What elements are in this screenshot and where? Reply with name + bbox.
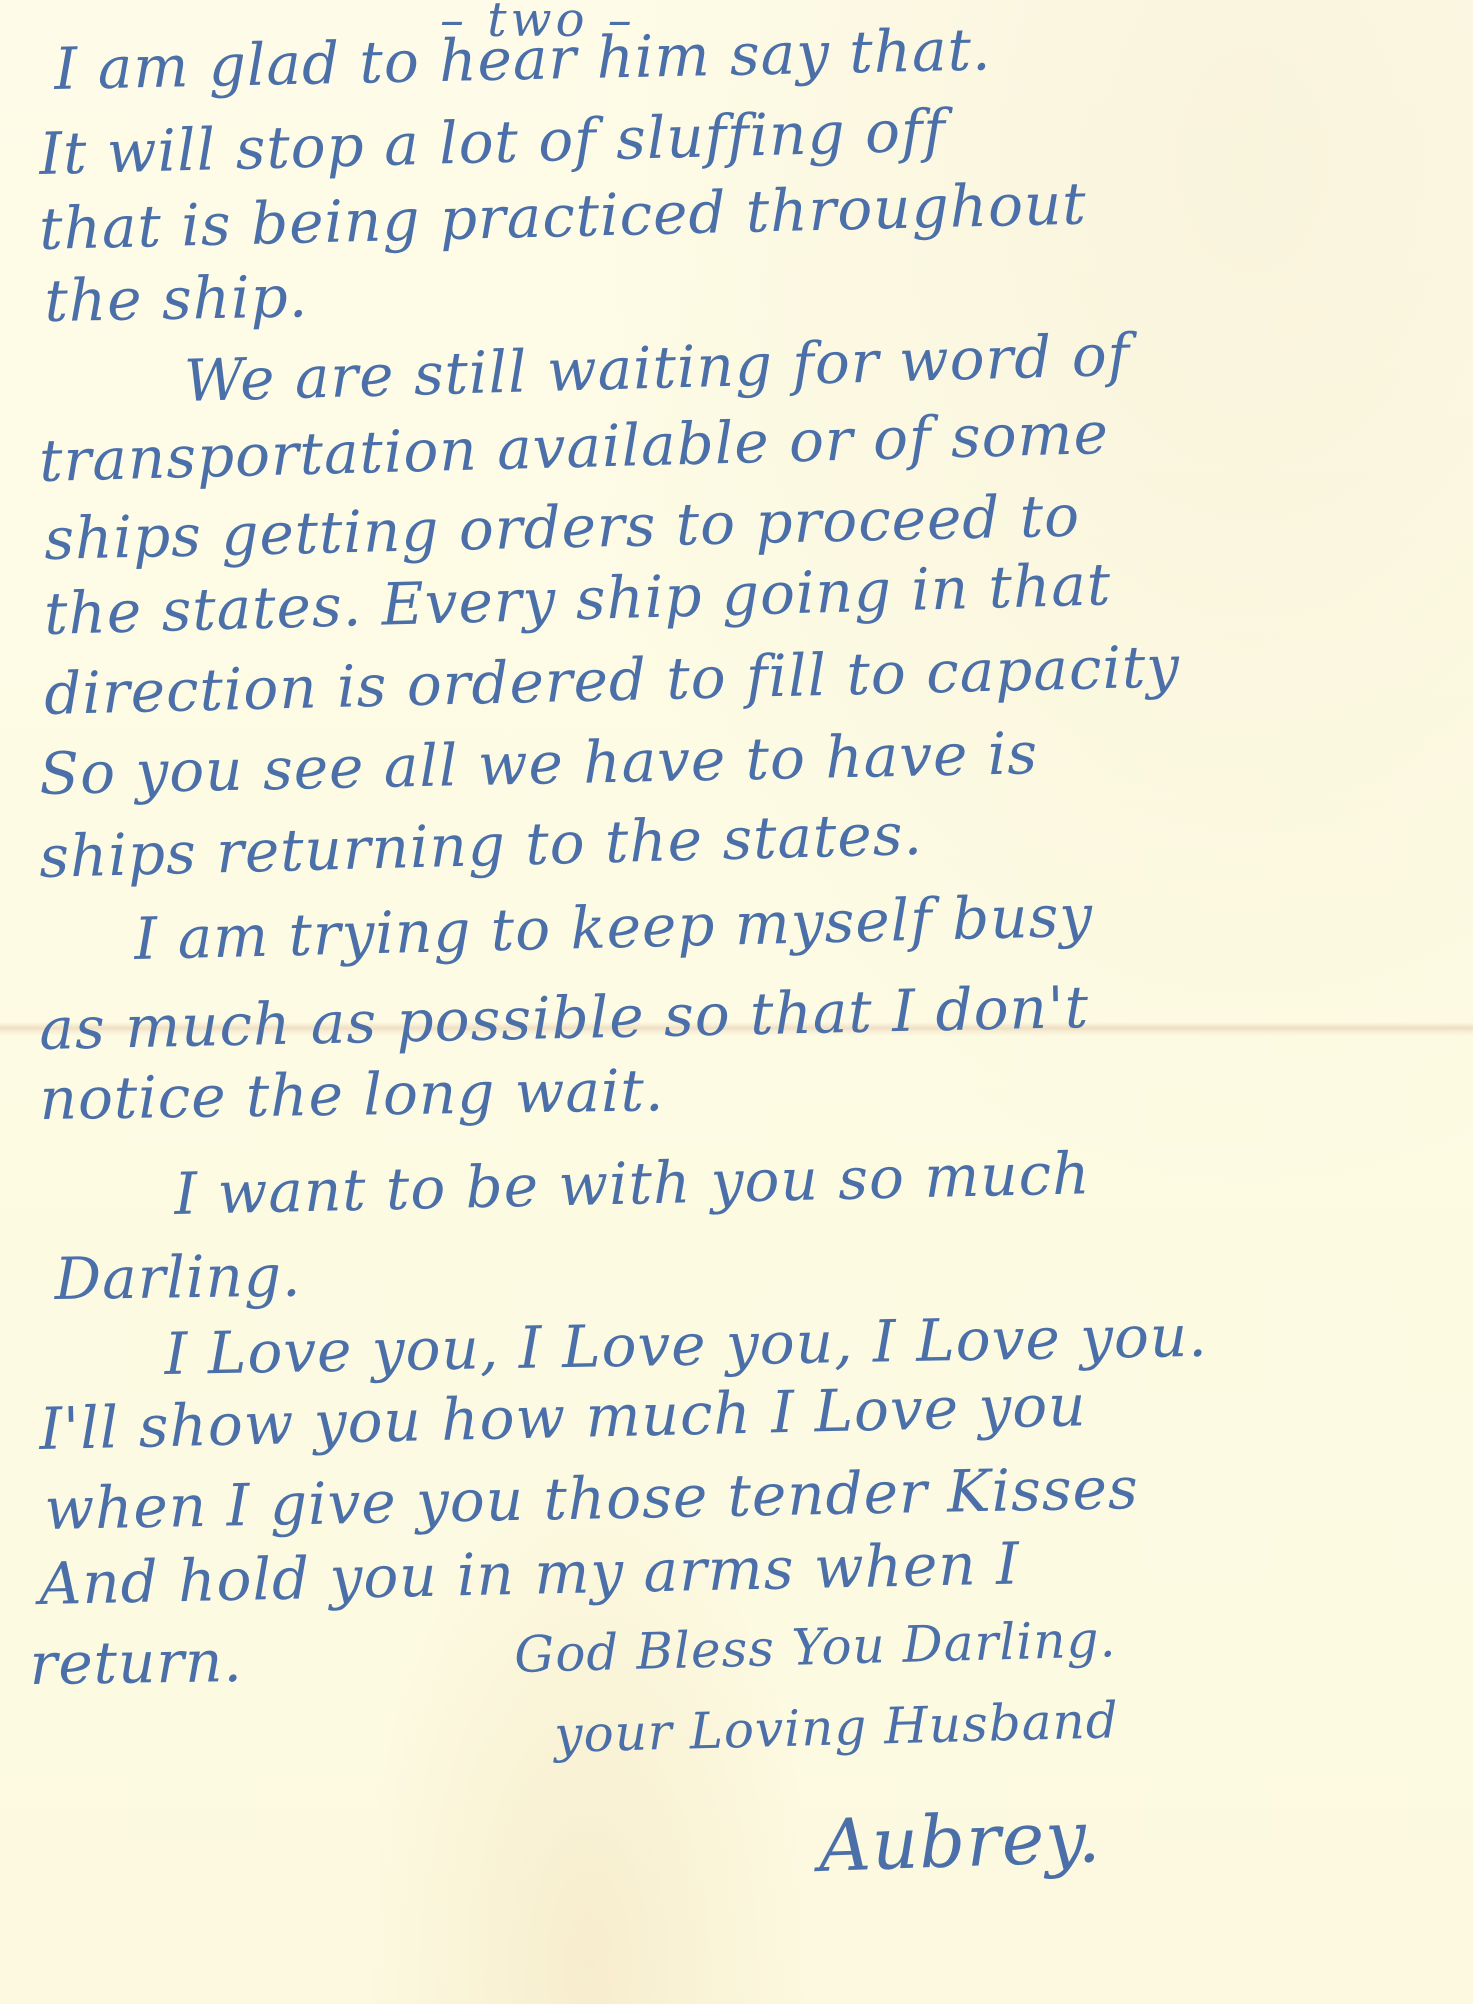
letter-line-4: the ship. (44, 267, 309, 330)
signature: Aubrey. (817, 1800, 1102, 1882)
letter-line-14: notice the long wait. (39, 1061, 664, 1128)
letter-line-21: return. (29, 1632, 243, 1693)
closing-valediction: your Loving Husband (554, 1695, 1120, 1760)
letter-line-16: Darling. (54, 1247, 302, 1308)
closing-blessing: God Bless You Darling. (514, 1614, 1117, 1680)
